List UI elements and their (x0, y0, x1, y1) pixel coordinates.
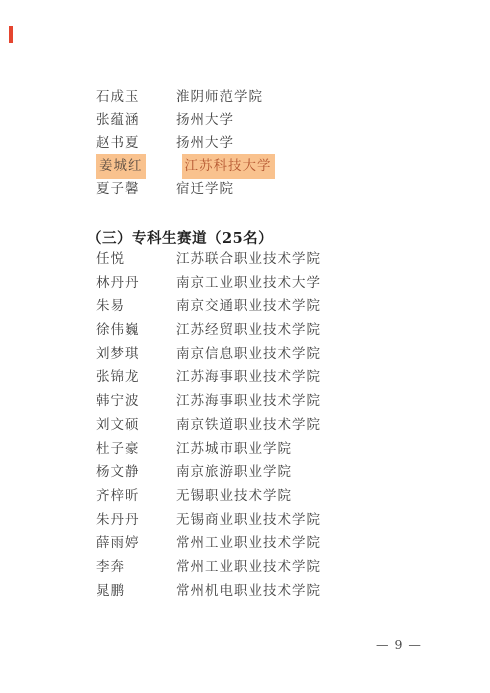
person-name: 晁鹏 (96, 580, 176, 604)
list-row: 石成玉淮阴师范学院 (96, 86, 275, 109)
list-row: 任悦江苏联合职业技术学院 (96, 248, 321, 272)
person-name: 张蕴涵 (96, 109, 176, 132)
person-name: 姜城红 (96, 154, 146, 179)
school-name: 江苏经贸职业技术学院 (176, 319, 321, 343)
school-name: 无锡职业技术学院 (176, 485, 292, 509)
school-name: 扬州大学 (176, 109, 234, 132)
list-row: 徐伟巍江苏经贸职业技术学院 (96, 319, 321, 343)
vocational-list: 任悦江苏联合职业技术学院林丹丹南京工业职业技术大学朱易南京交通职业技术学院徐伟巍… (96, 248, 321, 603)
school-name: 江苏海事职业技术学院 (176, 390, 321, 414)
school-name: 江苏海事职业技术学院 (176, 366, 321, 390)
person-name: 朱丹丹 (96, 509, 176, 533)
school-name: 江苏城市职业学院 (176, 438, 292, 462)
page-number: — 9 — (376, 637, 422, 652)
school-name: 江苏科技大学 (182, 154, 275, 179)
list-row: 张蕴涵扬州大学 (96, 109, 275, 132)
list-row: 朱丹丹无锡商业职业技术学院 (96, 509, 321, 533)
person-name: 赵书夏 (96, 132, 176, 155)
list-row: 杨文静南京旅游职业学院 (96, 461, 321, 485)
person-name: 夏子馨 (96, 178, 176, 201)
list-row: 姜城红江苏科技大学 (96, 155, 275, 178)
list-row: 林丹丹南京工业职业技术大学 (96, 272, 321, 296)
school-name: 宿迁学院 (176, 178, 234, 201)
school-name: 淮阴师范学院 (176, 86, 263, 109)
school-name: 南京旅游职业学院 (176, 461, 292, 485)
person-name: 朱易 (96, 295, 176, 319)
school-name: 常州工业职业技术学院 (176, 532, 321, 556)
person-name: 张锦龙 (96, 366, 176, 390)
school-name: 常州工业职业技术学院 (176, 556, 321, 580)
school-name: 江苏联合职业技术学院 (176, 248, 321, 272)
list-row: 张锦龙江苏海事职业技术学院 (96, 366, 321, 390)
list-row: 朱易南京交通职业技术学院 (96, 295, 321, 319)
list-row: 刘梦琪南京信息职业技术学院 (96, 343, 321, 367)
person-name: 林丹丹 (96, 272, 176, 296)
list-row: 夏子馨宿迁学院 (96, 178, 275, 201)
list-row: 李奔常州工业职业技术学院 (96, 556, 321, 580)
list-row: 杜子豪江苏城市职业学院 (96, 438, 321, 462)
section-heading: （三）专科生赛道（25名） (87, 227, 273, 248)
list-row: 韩宁波江苏海事职业技术学院 (96, 390, 321, 414)
list-row: 赵书夏扬州大学 (96, 132, 275, 155)
person-name: 石成玉 (96, 86, 176, 109)
person-name: 齐梓昕 (96, 485, 176, 509)
list-row: 薛雨婷常州工业职业技术学院 (96, 532, 321, 556)
person-name: 刘文硕 (96, 414, 176, 438)
list-row: 晁鹏常州机电职业技术学院 (96, 580, 321, 604)
person-name: 杨文静 (96, 461, 176, 485)
red-edge-mark (9, 26, 13, 43)
school-name: 南京信息职业技术学院 (176, 343, 321, 367)
undergraduate-list: 石成玉淮阴师范学院张蕴涵扬州大学赵书夏扬州大学姜城红江苏科技大学夏子馨宿迁学院 (96, 86, 275, 201)
person-name: 薛雨婷 (96, 532, 176, 556)
document-page: 石成玉淮阴师范学院张蕴涵扬州大学赵书夏扬州大学姜城红江苏科技大学夏子馨宿迁学院 … (0, 0, 490, 693)
school-name: 南京交通职业技术学院 (176, 295, 321, 319)
person-name: 李奔 (96, 556, 176, 580)
school-name: 扬州大学 (176, 132, 234, 155)
person-name: 杜子豪 (96, 438, 176, 462)
school-name: 常州机电职业技术学院 (176, 580, 321, 604)
list-row: 刘文硕南京铁道职业技术学院 (96, 414, 321, 438)
person-name: 徐伟巍 (96, 319, 176, 343)
school-name: 无锡商业职业技术学院 (176, 509, 321, 533)
school-name: 南京铁道职业技术学院 (176, 414, 321, 438)
person-name: 韩宁波 (96, 390, 176, 414)
person-name: 刘梦琪 (96, 343, 176, 367)
school-name: 南京工业职业技术大学 (176, 272, 321, 296)
list-row: 齐梓昕无锡职业技术学院 (96, 485, 321, 509)
person-name: 任悦 (96, 248, 176, 272)
